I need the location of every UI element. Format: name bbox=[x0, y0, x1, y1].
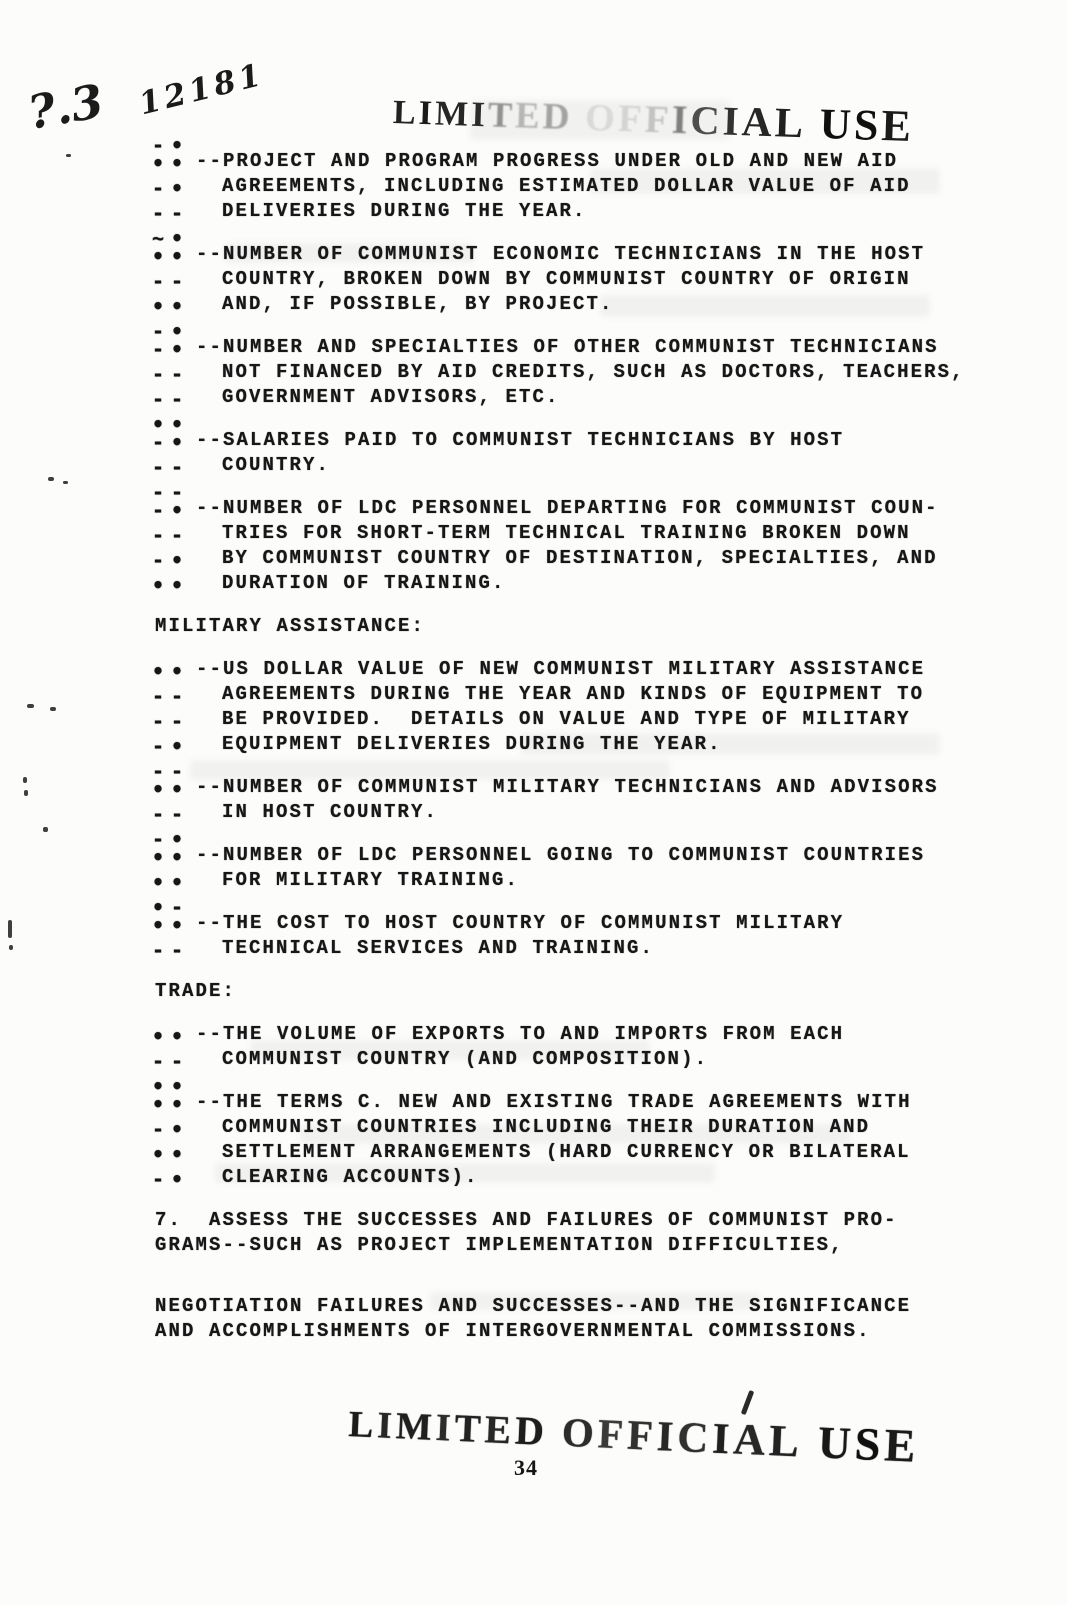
blank-line: -• bbox=[152, 826, 1032, 844]
blank-line bbox=[152, 1005, 1032, 1023]
margin-dash-mark: -- bbox=[152, 269, 190, 293]
handwritten-annotation: ?.3 12181 bbox=[26, 66, 270, 137]
typed-line: --AGREEMENTS DURING THE YEAR AND KINDS O… bbox=[152, 683, 1032, 708]
stamp-letter: O bbox=[561, 1408, 599, 1458]
typed-line: --IN HOST COUNTRY. bbox=[152, 801, 1032, 826]
typed-text: IN HOST COUNTRY. bbox=[222, 801, 438, 823]
stamp-letter: E bbox=[484, 1406, 516, 1453]
stamp-letter: I bbox=[435, 1406, 456, 1451]
margin-dash-mark: -- bbox=[152, 387, 190, 411]
typed-line: -•--SALARIES PAID TO COMMUNIST TECHNICIA… bbox=[152, 429, 1032, 454]
typed-text: BE PROVIDED. DETAILS ON VALUE AND TYPE O… bbox=[222, 708, 911, 730]
typed-line: ••--NUMBER OF LDC PERSONNEL GOING TO COM… bbox=[152, 844, 1032, 869]
margin-dash-mark: -• bbox=[152, 430, 190, 454]
typed-line: ••--US DOLLAR VALUE OF NEW COMMUNIST MIL… bbox=[152, 658, 1032, 683]
scan-smudge bbox=[300, 1124, 850, 1144]
section-heading-line: TRADE: bbox=[152, 980, 1032, 1005]
scan-smudge bbox=[225, 243, 475, 263]
typed-text: GRAMS--SUCH AS PROJECT IMPLEMENTATION DI… bbox=[155, 1234, 844, 1256]
typed-text: BY COMMUNIST COUNTRY OF DESTINATION, SPE… bbox=[222, 547, 938, 569]
margin-dash-mark: -- bbox=[152, 362, 190, 386]
stamp-letter: M bbox=[395, 1404, 437, 1450]
scan-smudge bbox=[470, 100, 730, 140]
typed-text: TECHNICAL SERVICES AND TRAINING. bbox=[222, 937, 654, 959]
typed-line: ••--THE COST TO HOST COUNTRY OF COMMUNIS… bbox=[152, 912, 1032, 937]
margin-dash-mark: •• bbox=[152, 244, 190, 268]
typed-text: --US DOLLAR VALUE OF NEW COMMUNIST MILIT… bbox=[196, 658, 925, 680]
section-heading-text: MILITARY ASSISTANCE: bbox=[155, 615, 425, 637]
stamp-letter: F bbox=[626, 1412, 658, 1461]
margin-dash-mark: -- bbox=[152, 709, 190, 733]
scan-smudge bbox=[250, 1040, 650, 1060]
stray-ink-mark bbox=[50, 707, 56, 711]
blank-line: •• bbox=[152, 411, 1032, 429]
blank-line: ~• bbox=[152, 225, 1032, 243]
typed-text: --SALARIES PAID TO COMMUNIST TECHNICIANS… bbox=[196, 429, 844, 451]
stamp-letter: I bbox=[376, 1404, 397, 1448]
margin-dash-mark: •• bbox=[152, 1024, 190, 1048]
typed-text: DELIVERIES DURING THE YEAR. bbox=[222, 200, 587, 222]
stamp-letter: I bbox=[418, 94, 436, 134]
stamp-letter: M bbox=[434, 93, 471, 134]
margin-dash-mark: •• bbox=[152, 1092, 190, 1116]
typed-line: AND ACCOMPLISHMENTS OF INTERGOVERNMENTAL… bbox=[152, 1320, 1032, 1345]
typed-text: GOVERNMENT ADVISORS, ETC. bbox=[222, 386, 560, 408]
stamp-letter: S bbox=[854, 1417, 886, 1471]
margin-dash-mark: •• bbox=[152, 294, 190, 318]
typed-line: --DELIVERIES DURING THE YEAR. bbox=[152, 200, 1032, 225]
margin-dash-mark: -• bbox=[152, 337, 190, 361]
stamp-letter: A bbox=[732, 1413, 770, 1466]
margin-dash-mark: •• bbox=[152, 1142, 190, 1166]
stamp-letter: F bbox=[597, 1409, 629, 1458]
margin-dash-mark: •• bbox=[152, 870, 190, 894]
typed-text: AND, IF POSSIBLE, BY PROJECT. bbox=[222, 293, 614, 315]
typed-line: --COUNTRY. bbox=[152, 454, 1032, 479]
stray-ink-mark bbox=[43, 827, 48, 832]
blank-line bbox=[152, 1191, 1032, 1209]
stamp-letter: E bbox=[883, 1419, 920, 1474]
blank-line bbox=[152, 962, 1032, 980]
stray-ink-mark bbox=[66, 154, 71, 157]
typed-text: FOR MILITARY TRAINING. bbox=[222, 869, 519, 891]
typed-line: -•BY COMMUNIST COUNTRY OF DESTINATION, S… bbox=[152, 547, 1032, 572]
typed-line: --COUNTRY, BROKEN DOWN BY COMMUNIST COUN… bbox=[152, 268, 1032, 293]
stray-ink-mark bbox=[23, 777, 27, 783]
stamp-letter: U bbox=[817, 1415, 856, 1470]
margin-dash-mark: •• bbox=[152, 777, 190, 801]
typed-line: --NOT FINANCED BY AID CREDITS, SUCH AS D… bbox=[152, 361, 1032, 386]
blank-line: •- bbox=[152, 894, 1032, 912]
section-heading-line: MILITARY ASSISTANCE: bbox=[152, 615, 1032, 640]
limited-official-use-stamp-bottom: LIMITED OFFICIAL USE bbox=[348, 1394, 921, 1474]
margin-dash-mark: •• bbox=[152, 913, 190, 937]
typed-line: ••FOR MILITARY TRAINING. bbox=[152, 869, 1032, 894]
page-number: 34 bbox=[514, 1455, 538, 1481]
stamp-letter: I bbox=[656, 1412, 679, 1462]
stamp-letter: I bbox=[711, 1414, 734, 1465]
typed-text: NOT FINANCED BY AID CREDITS, SUCH AS DOC… bbox=[222, 361, 965, 383]
typed-line: ••DURATION OF TRAINING. bbox=[152, 572, 1032, 597]
blank-line bbox=[152, 640, 1032, 658]
typed-text: --NUMBER OF LDC PERSONNEL GOING TO COMMU… bbox=[196, 844, 925, 866]
scan-smudge bbox=[590, 168, 940, 194]
section-heading-text: TRADE: bbox=[155, 980, 236, 1002]
typed-line: -•--NUMBER OF LDC PERSONNEL DEPARTING FO… bbox=[152, 497, 1032, 522]
typed-line: GRAMS--SUCH AS PROJECT IMPLEMENTATION DI… bbox=[152, 1234, 1032, 1259]
margin-dash-mark: -- bbox=[152, 455, 190, 479]
typed-line: --BE PROVIDED. DETAILS ON VALUE AND TYPE… bbox=[152, 708, 1032, 733]
margin-dash-mark: -- bbox=[152, 938, 190, 962]
stray-ink-mark bbox=[48, 477, 54, 481]
handwritten-number: 12181 bbox=[135, 57, 268, 123]
typed-text: --NUMBER AND SPECIALTIES OF OTHER COMMUN… bbox=[196, 336, 939, 358]
blank-line: -• bbox=[152, 318, 1032, 336]
margin-dash-mark: -• bbox=[152, 1117, 190, 1141]
typed-line: ••--THE TERMS C. NEW AND EXISTING TRADE … bbox=[152, 1091, 1032, 1116]
typed-text: TRIES FOR SHORT-TERM TECHNICAL TRAINING … bbox=[222, 522, 911, 544]
margin-dash-mark: -• bbox=[152, 176, 190, 200]
typed-text: --THE COST TO HOST COUNTRY OF COMMUNIST … bbox=[196, 912, 844, 934]
typed-text: --THE TERMS C. NEW AND EXISTING TRADE AG… bbox=[196, 1091, 912, 1113]
margin-dash-mark: •• bbox=[152, 845, 190, 869]
handwritten-mark: ?.3 bbox=[24, 74, 107, 140]
scan-smudge bbox=[520, 733, 940, 755]
scanned-document-page: ?.3 12181 LIMITED OFFICIAL USE -•••--PRO… bbox=[0, 0, 1067, 1605]
typed-text: --NUMBER OF LDC PERSONNEL DEPARTING FOR … bbox=[196, 497, 939, 519]
typed-text: AND ACCOMPLISHMENTS OF INTERGOVERNMENTAL… bbox=[155, 1320, 871, 1342]
margin-dash-mark: -- bbox=[152, 523, 190, 547]
margin-dash-mark: -- bbox=[152, 802, 190, 826]
typed-text: COUNTRY. bbox=[222, 454, 330, 476]
stamp-letter: L bbox=[768, 1414, 804, 1467]
typed-line: --TECHNICAL SERVICES AND TRAINING. bbox=[152, 937, 1032, 962]
typed-text: 7. ASSESS THE SUCCESSES AND FAILURES OF … bbox=[155, 1209, 898, 1231]
stray-ink-mark bbox=[63, 481, 68, 484]
margin-dash-mark: -- bbox=[152, 684, 190, 708]
margin-dash-mark: -• bbox=[152, 1167, 190, 1191]
scan-smudge bbox=[430, 1292, 760, 1310]
blank-line: •• bbox=[152, 1073, 1032, 1091]
blank-line bbox=[152, 597, 1032, 615]
stamp-letter: L bbox=[392, 94, 419, 133]
stamp-letter: T bbox=[454, 1406, 486, 1452]
stamp-letter: C bbox=[676, 1413, 713, 1464]
margin-dash-mark: -• bbox=[152, 498, 190, 522]
margin-dash-mark: •• bbox=[152, 659, 190, 683]
typed-line: --TRIES FOR SHORT-TERM TECHNICAL TRAININ… bbox=[152, 522, 1032, 547]
scan-smudge bbox=[190, 760, 670, 780]
stamp-letter: L bbox=[348, 1403, 379, 1447]
stray-ink-mark bbox=[8, 920, 12, 938]
stamp-letter: D bbox=[514, 1407, 549, 1455]
margin-dash-mark: -- bbox=[152, 201, 190, 225]
margin-dash-mark: •• bbox=[152, 573, 190, 597]
typed-text: SETTLEMENT ARRANGEMENTS (HARD CURRENCY O… bbox=[222, 1141, 911, 1163]
margin-dash-mark: -- bbox=[152, 1049, 190, 1073]
stray-ink-mark bbox=[27, 704, 34, 708]
scan-smudge bbox=[600, 295, 930, 317]
typed-text: COUNTRY, BROKEN DOWN BY COMMUNIST COUNTR… bbox=[222, 268, 911, 290]
blank-line: -- bbox=[152, 479, 1032, 497]
typed-text: DURATION OF TRAINING. bbox=[222, 572, 506, 594]
typed-text: AGREEMENTS DURING THE YEAR AND KINDS OF … bbox=[222, 683, 924, 705]
scan-smudge bbox=[215, 1163, 715, 1183]
typed-line: -•--NUMBER AND SPECIALTIES OF OTHER COMM… bbox=[152, 336, 1032, 361]
typed-line: 7. ASSESS THE SUCCESSES AND FAILURES OF … bbox=[152, 1209, 1032, 1234]
stray-ink-mark bbox=[24, 790, 28, 796]
margin-dash-mark: -• bbox=[152, 734, 190, 758]
margin-dash-mark: •• bbox=[152, 151, 190, 175]
typed-line: --GOVERNMENT ADVISORS, ETC. bbox=[152, 386, 1032, 411]
margin-dash-mark: -• bbox=[152, 548, 190, 572]
stray-ink-mark bbox=[9, 945, 13, 950]
blank-line bbox=[152, 1259, 1032, 1277]
